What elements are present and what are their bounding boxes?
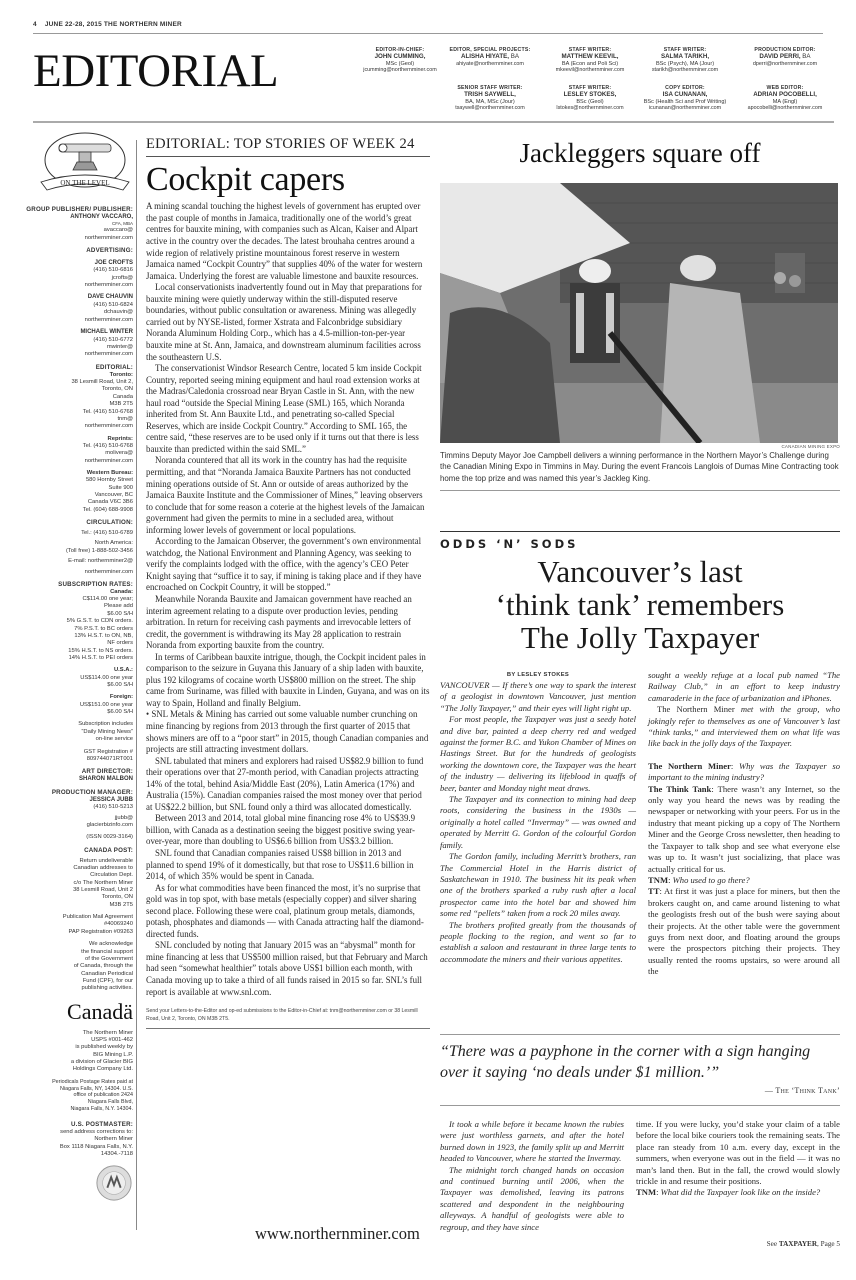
- pullquote-attribution: — The ‘Think Tank’: [440, 1086, 840, 1095]
- toll-free-phone: (Toll free) 1-888-502-3456: [20, 548, 133, 555]
- staff-entry: EDITOR, SPECIAL PROJECTS: ALISHA HIYATE,…: [440, 47, 540, 67]
- qa-speaker: TNM: [648, 875, 668, 885]
- article-column-3: It took a while before it became known t…: [440, 1119, 624, 1233]
- staff-credentials: MSc (Geol): [350, 61, 450, 68]
- ack-line: of Canada, through the: [20, 963, 133, 970]
- note-line: on-line service: [20, 736, 133, 743]
- odds-n-sods-kicker: ODDS ‘N’ SODS: [440, 537, 578, 551]
- note-line: “Daily Mining News”: [20, 729, 133, 736]
- staff-credentials: BSc (Geol): [540, 99, 640, 106]
- body-paragraph: Meanwhile Noranda Bauxite and Jamaican g…: [146, 594, 430, 652]
- qa-answer: The Think Tank: There wasn’t any Interne…: [648, 784, 840, 875]
- foreign-label: Foreign:: [20, 694, 133, 701]
- advertising-heading: ADVERTISING:: [20, 247, 133, 255]
- body-paragraph: The Gordon family, including Merritt’s b…: [440, 851, 636, 919]
- postmaster-heading: U.S. POSTMASTER:: [20, 1121, 133, 1129]
- post-line: 38 Lesmill Road, Unit 2: [20, 887, 133, 894]
- circulation-email-domain[interactable]: northernminer.com: [20, 569, 133, 576]
- body-paragraph: sought a weekly refuge at a local pub na…: [648, 670, 840, 704]
- rate-line: $6.00 S/H: [20, 611, 133, 618]
- body-paragraph: time. If you were lucky, you’d stake you…: [636, 1119, 840, 1187]
- circulation-heading: CIRCULATION:: [20, 519, 133, 527]
- qa-text: What did the Taxpayer look like on the i…: [661, 1187, 821, 1197]
- rate-line: NF orders: [20, 640, 133, 647]
- rate-line: $6.00 S/H: [20, 709, 133, 716]
- staff-email-link[interactable]: jcumming@northernminer.com: [350, 67, 450, 73]
- advertiser-email-link[interactable]: mwinter@: [20, 344, 133, 351]
- postage-line: Niagara Falls Blvd,: [20, 1099, 133, 1106]
- rate-line: C$114.00 one year;: [20, 596, 133, 603]
- staff-name: DAVID PERRI,: [759, 53, 800, 60]
- staff-entry: WEB EDITOR: ADRIAN POCOBELLI, MA (Engl) …: [735, 85, 835, 112]
- body-paragraph: For most people, the Taxpayer was just a…: [440, 714, 636, 794]
- post-line: Return undeliverable: [20, 858, 133, 865]
- usa-label: U.S.A.:: [20, 667, 133, 674]
- jump-prefix: See: [767, 1240, 779, 1248]
- postage-line: office of publication 2424: [20, 1092, 133, 1099]
- body-paragraph: The conservationist Windsor Research Cen…: [146, 363, 430, 455]
- rate-line: US$151.00 one year: [20, 702, 133, 709]
- issue-date-publication: JUNE 22-28, 2015 THE NORTHERN MINER: [45, 21, 182, 28]
- production-manager-phone: (416) 510-5213: [20, 804, 133, 811]
- postmaster-line: Box 1118 Niagara Falls, N.Y.: [20, 1144, 133, 1151]
- note-line: Subscription includes: [20, 721, 133, 728]
- photo-caption: Timmins Deputy Mayor Joe Campbell delive…: [440, 450, 840, 491]
- address-line: Vancouver, BC: [20, 492, 133, 499]
- north-america-label: North America:: [20, 540, 133, 547]
- jump-page: , Page 5: [817, 1240, 840, 1248]
- pullquote-rule-bottom: [440, 1105, 840, 1106]
- staff-entry: PRODUCTION EDITOR: DAVID PERRI, BA dperr…: [735, 47, 835, 67]
- page-number: 4: [33, 21, 37, 28]
- rate-line: 7% P.S.T. to BC orders: [20, 626, 133, 633]
- body-paragraph: A mining scandal touching the highest le…: [146, 201, 430, 282]
- address-line: Canada: [20, 394, 133, 401]
- staff-entry: EDITOR-IN-CHIEF: JOHN CUMMING, MSc (Geol…: [350, 47, 450, 74]
- postage-line: Niagara Falls, N.Y. 14304.: [20, 1106, 133, 1113]
- photo-feature: Jackleggers square off CANADI: [440, 136, 840, 491]
- production-manager-email-link[interactable]: jjubb@: [20, 815, 133, 822]
- usps-line: a division of Glacier BIG: [20, 1059, 133, 1066]
- art-director-name: SHARON MALBON: [20, 776, 133, 784]
- advertiser-email-domain[interactable]: northernminer.com: [20, 351, 133, 358]
- folio-line: 4 JUNE 22-28, 2015 THE NORTHERN MINER: [33, 21, 182, 28]
- advertiser-contact: MICHAEL WINTER (416) 510-6772 mwinter@ n…: [20, 329, 133, 359]
- rate-line: 14% H.S.T. to PEI orders: [20, 655, 133, 662]
- staff-email-link[interactable]: starikh@northernminer.com: [635, 67, 735, 73]
- sidebar-divider: [136, 140, 137, 1230]
- publisher-name: ANTHONY VACCARO,: [20, 214, 133, 222]
- agreement-line: PAP Registration #09263: [20, 929, 133, 936]
- advertiser-name: MICHAEL WINTER: [20, 329, 133, 337]
- production-manager-name: JESSICA JUBB: [20, 797, 133, 805]
- reprints-label: Reprints:: [20, 436, 133, 443]
- publisher-heading: GROUP PUBLISHER/ PUBLISHER:: [20, 206, 133, 214]
- phone-line: Tel. (416) 510-6768: [20, 409, 133, 416]
- jackleg-photo: [440, 183, 838, 443]
- postmaster-line: 14304.-7118: [20, 1151, 133, 1158]
- body-paragraph: The brothers profited greatly from the t…: [440, 920, 636, 966]
- top-rule: [33, 33, 823, 34]
- qa-question: The Northern Miner: Why was the Taxpayer…: [648, 761, 840, 784]
- staff-credentials: BA: [802, 53, 810, 60]
- staff-entry: STAFF WRITER: LESLEY STOKES, BSc (Geol) …: [540, 85, 640, 112]
- canada-wordmark-logo: Canadä: [20, 998, 133, 1026]
- editorial-headline: Cockpit capers: [146, 161, 430, 198]
- rate-line: 13% H.S.T. to ON, NB,: [20, 633, 133, 640]
- staff-entry: STAFF WRITER: MATTHEW KEEVIL, BA (Econ a…: [540, 47, 640, 74]
- usps-line: USPS #001-462: [20, 1037, 133, 1044]
- gst-line: GST Registration #: [20, 749, 133, 756]
- staff-credentials: BA: [511, 53, 519, 60]
- email-link[interactable]: tnm@: [20, 416, 133, 423]
- staff-email-link[interactable]: apocobelli@northernminer.com: [735, 105, 835, 111]
- phone-line: Tel. (604) 688-9908: [20, 507, 133, 514]
- qa-speaker: TNM: [636, 1187, 656, 1197]
- qa-text: At first it was just a place for miners,…: [648, 886, 840, 976]
- staff-email-link[interactable]: icunanan@northernminer.com: [635, 105, 735, 111]
- rate-line: $6.00 S/H: [20, 682, 133, 689]
- address-line: Suite 900: [20, 485, 133, 492]
- photo-image-icon: [440, 183, 838, 443]
- staff-credentials: BSc (Psych), MA (Jour): [635, 61, 735, 68]
- headline-line: Vancouver’s last: [440, 555, 840, 588]
- staff-name: JOHN CUMMING,: [350, 53, 450, 60]
- body-paragraph: Noranda countered that all its work in t…: [146, 455, 430, 536]
- svg-text:ON THE LEVEL: ON THE LEVEL: [60, 179, 109, 187]
- western-bureau-label: Western Bureau:: [20, 470, 133, 477]
- continued-jump-link[interactable]: See TAXPAYER, Page 5: [636, 1240, 840, 1248]
- staff-credentials: MA (Engl): [735, 99, 835, 106]
- advertiser-email-link[interactable]: jcrofts@: [20, 275, 133, 282]
- advertiser-contact: DAVE CHAUVIN (416) 510-6824 dchauvin@ no…: [20, 294, 133, 324]
- jump-keyword: TAXPAYER: [779, 1240, 817, 1248]
- body-paragraph: The Taxpayer and its connection to minin…: [440, 794, 636, 851]
- circulation-phone: Tel.: (416) 510-6789: [20, 530, 133, 537]
- address-line: 580 Hornby Street: [20, 477, 133, 484]
- publisher-email-domain[interactable]: northernminer.com: [20, 235, 133, 242]
- editorial-heading: EDITORIAL:: [20, 364, 133, 372]
- email-domain[interactable]: northernminer.com: [20, 423, 133, 430]
- advertiser-name: DAVE CHAUVIN: [20, 294, 133, 302]
- advertiser-phone: (416) 510-6824: [20, 302, 133, 309]
- art-director-heading: ART DIRECTOR:: [20, 768, 133, 776]
- staff-email-link[interactable]: dperri@northernminer.com: [735, 61, 835, 67]
- postage-line: Periodicals Postage Rates paid at: [20, 1079, 133, 1086]
- qa-text: There wasn’t any Internet, so the only w…: [648, 784, 840, 874]
- section-rule: [440, 531, 840, 532]
- body-paragraph: As for what commodities have been financ…: [146, 883, 430, 941]
- staff-credentials: BA, MA, MSc (Jour): [440, 99, 540, 106]
- postage-line: Niagara Falls, NY, 14304. U.S.: [20, 1086, 133, 1093]
- body-paragraph: SNL found that Canadian companies raised…: [146, 848, 430, 883]
- circulation-email-link[interactable]: E-mail: northernminer2@: [20, 558, 133, 565]
- body-paragraph: SNL tabulated that miners and explorers …: [146, 756, 430, 814]
- photo-headline: Jackleggers square off: [440, 139, 840, 169]
- staff-name: MATTHEW KEEVIL,: [540, 53, 640, 60]
- staff-name: ADRIAN POCOBELLI,: [735, 91, 835, 98]
- staff-name: LESLEY STOKES,: [540, 91, 640, 98]
- byline: BY LESLEY STOKES: [440, 672, 636, 678]
- body-paragraph: It took a while before it became known t…: [440, 1119, 624, 1165]
- staff-email-link[interactable]: mkeevil@northernminer.com: [540, 67, 640, 73]
- postmaster-line: Northern Miner: [20, 1136, 133, 1143]
- staff-entry: COPY EDITOR: ISA CUNANAN, BSc (Health Sc…: [635, 85, 735, 112]
- audit-seal-icon: [95, 1164, 133, 1202]
- editorial-article: EDITORIAL: TOP STORIES OF WEEK 24 Cockpi…: [146, 136, 430, 1029]
- qa-text: Who used to go there?: [673, 875, 750, 885]
- usps-line: Holdings Company Ltd.: [20, 1066, 133, 1073]
- body-paragraph: According to the Jamaican Observer, the …: [146, 536, 430, 594]
- email-link[interactable]: molivera@: [20, 450, 133, 457]
- staff-credentials: BSc (Health Sci and Prof Writing): [635, 99, 735, 106]
- pullquote: “There was a payphone in the corner with…: [440, 1041, 840, 1083]
- advertiser-phone: (416) 510-6772: [20, 337, 133, 344]
- masthead-rule: [33, 121, 834, 123]
- website-link[interactable]: www.northernminer.com: [255, 1224, 420, 1244]
- staff-name: ALISHA HIYATE,: [461, 53, 509, 60]
- qa-speaker: The Think Tank: [648, 784, 711, 794]
- letters-submission-note: Send your Letters-to-the-Editor and op-e…: [146, 1007, 430, 1029]
- address-line: Toronto, ON: [20, 386, 133, 393]
- post-line: Circulation Dept.: [20, 872, 133, 879]
- ack-line: the financial support: [20, 949, 133, 956]
- subscription-heading: SUBSCRIPTION RATES:: [20, 581, 133, 589]
- qa-question: TNM: Who used to go there?: [648, 875, 840, 886]
- phone-line: Tel. (416) 510-6768: [20, 443, 133, 450]
- qa-speaker: TT: [648, 886, 659, 896]
- headline-line: The Jolly Taxpayer: [440, 621, 840, 654]
- toronto-label: Toronto:: [20, 372, 133, 379]
- pullquote-rule-top: [440, 1034, 840, 1035]
- agreement-line: Publication Mail Agreement: [20, 914, 133, 921]
- ack-line: of the Government: [20, 956, 133, 963]
- post-line: M3B 2T5: [20, 902, 133, 909]
- staff-entry: STAFF WRITER: SALMA TARIKH, BSc (Psych),…: [635, 47, 735, 74]
- address-line: 38 Lesmill Road, Unit 2,: [20, 379, 133, 386]
- headline-line: ‘think tank’ remembers: [440, 588, 840, 621]
- ack-line: We acknowledge: [20, 941, 133, 948]
- masthead-sidebar: ON THE LEVEL GROUP PUBLISHER/ PUBLISHER:…: [20, 130, 133, 1202]
- body-paragraph: • SNL Metals & Mining has carried out so…: [146, 709, 430, 755]
- odds-n-sods-headline: Vancouver’s last ‘think tank’ remembers …: [440, 555, 840, 654]
- article-column-4: time. If you were lucky, you’d stake you…: [636, 1119, 840, 1199]
- ack-line: Canadian Periodical: [20, 971, 133, 978]
- canada-post-heading: CANADA POST:: [20, 847, 133, 855]
- address-line: Canada V6C 3B6: [20, 499, 133, 506]
- advertiser-contact: JOE CROFTS (416) 510-6816 jcrofts@ north…: [20, 260, 133, 290]
- staff-email-link[interactable]: lstokes@northernminer.com: [540, 105, 640, 111]
- rate-line: 15% H.S.T. to NS orders.: [20, 648, 133, 655]
- staff-name: TRISH SAYWELL,: [440, 91, 540, 98]
- publisher-email-link[interactable]: avaccaro@: [20, 227, 133, 234]
- on-the-level-logo-icon: ON THE LEVEL: [23, 130, 133, 200]
- advertiser-phone: (416) 510-6816: [20, 267, 133, 274]
- postmaster-line: send address corrections to:: [20, 1129, 133, 1136]
- body-paragraph: The midnight torch changed hands on occa…: [440, 1165, 624, 1233]
- article-column-2: sought a weekly refuge at a local pub na…: [648, 670, 840, 978]
- production-manager-heading: PRODUCTION MANAGER:: [20, 789, 133, 797]
- staff-name: SALMA TARIKH,: [635, 53, 735, 60]
- body-paragraph: Local conservationists inadvertently fou…: [146, 282, 430, 363]
- usps-line: is published weekly by: [20, 1044, 133, 1051]
- article-column-1: VANCOUVER — If there’s one way to spark …: [440, 680, 636, 965]
- agreement-line: #40069240: [20, 921, 133, 928]
- rate-line: Please add: [20, 603, 133, 610]
- rate-line: 5% G.S.T. to CDN orders.: [20, 618, 133, 625]
- advertiser-email-domain[interactable]: northernminer.com: [20, 282, 133, 289]
- body-paragraph: Between 2013 and 2014, total global mine…: [146, 813, 430, 848]
- canada-label: Canada:: [20, 589, 133, 596]
- body-paragraph: In terms of Caribbean bauxite intrigue, …: [146, 652, 430, 710]
- ack-line: Fund (CPF), for our: [20, 978, 133, 985]
- qa-speaker: The Northern Miner: [648, 761, 731, 771]
- address-line: M3B 2T5: [20, 401, 133, 408]
- qa-question: TNM: What did the Taxpayer look like on …: [636, 1187, 840, 1198]
- staff-email-link[interactable]: tsaywell@northernminer.com: [440, 105, 540, 111]
- advertiser-email-link[interactable]: dchauvin@: [20, 309, 133, 316]
- editorial-kicker: EDITORIAL: TOP STORIES OF WEEK 24: [146, 136, 430, 157]
- email-domain[interactable]: northernminer.com: [20, 458, 133, 465]
- ack-line: publishing activities.: [20, 985, 133, 992]
- qa-answer: TT: At first it was just a place for min…: [648, 886, 840, 977]
- publication-name: The Northern Miner: [657, 704, 735, 714]
- gst-line: 809744071RT001: [20, 756, 133, 763]
- post-line: c/o The Northern Miner: [20, 880, 133, 887]
- post-line: Canadian addresses to: [20, 865, 133, 872]
- advertiser-email-domain[interactable]: northernminer.com: [20, 317, 133, 324]
- staff-entry: SENIOR STAFF WRITER: TRISH SAYWELL, BA, …: [440, 85, 540, 112]
- issn: (ISSN 0029-3164): [20, 834, 133, 841]
- editorial-body: A mining scandal touching the highest le…: [146, 201, 430, 998]
- post-line: Toronto, ON: [20, 894, 133, 901]
- usps-line: The Northern Miner: [20, 1030, 133, 1037]
- rate-line: US$114.00 one year: [20, 675, 133, 682]
- advertiser-name: JOE CROFTS: [20, 260, 133, 268]
- staff-name: ISA CUNANAN,: [663, 91, 708, 98]
- body-paragraph: VANCOUVER — If there’s one way to spark …: [440, 680, 636, 714]
- staff-credentials: BA (Econ and Poli Sci): [540, 61, 640, 68]
- photo-credit: CANADIAN MINING EXPO: [440, 444, 840, 449]
- production-manager-email-domain[interactable]: glacierbizinfo.com: [20, 822, 133, 829]
- staff-email-link[interactable]: ahiyate@northernminer.com: [440, 61, 540, 67]
- usps-line: BIG Mining L.P.: [20, 1052, 133, 1059]
- body-paragraph: SNL concluded by noting that January 201…: [146, 940, 430, 998]
- section-title: EDITORIAL: [33, 48, 278, 95]
